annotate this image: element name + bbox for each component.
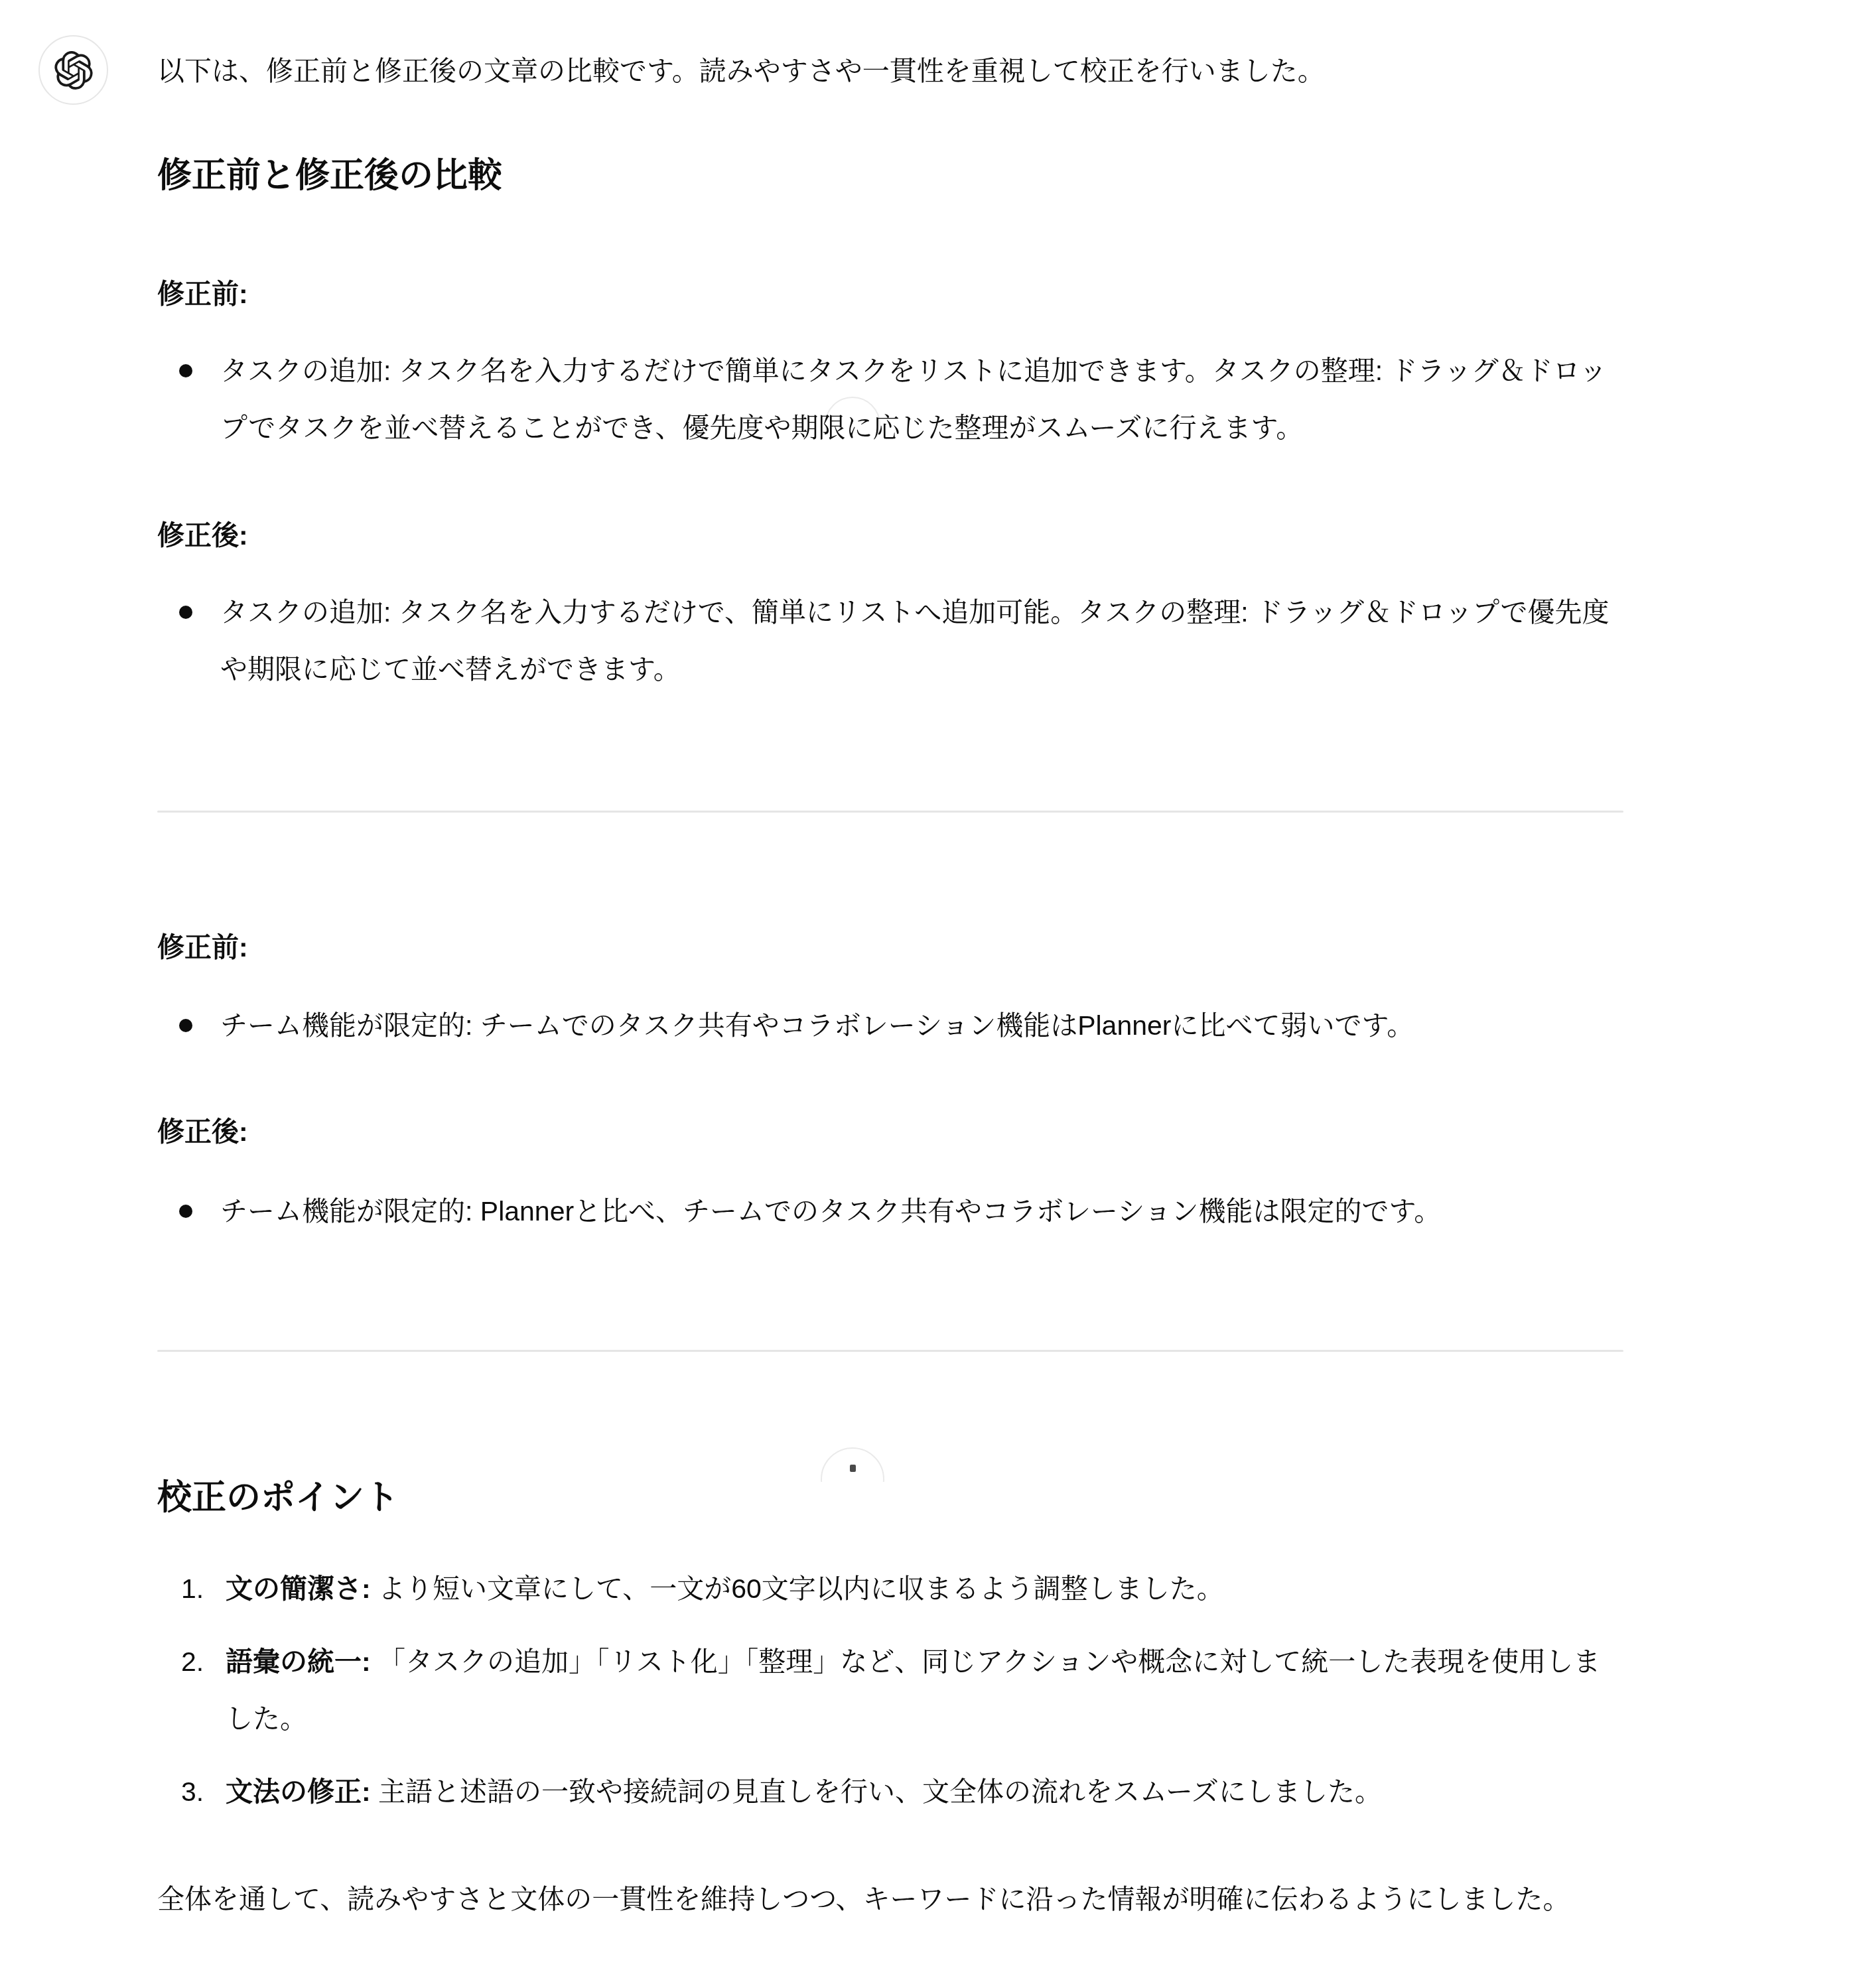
after-label-1: 修正後: — [157, 507, 1623, 564]
assistant-avatar — [38, 35, 108, 105]
after-list-2: チーム機能が限定的: Plannerと比べ、チームでのタスク共有やコラボレーショ… — [157, 1183, 1623, 1240]
point-desc-2: 「タスクの追加」「リスト化」「整理」など、同じアクションや概念に対して統一した表… — [226, 1646, 1600, 1734]
openai-logo-icon — [54, 51, 93, 90]
before-list-1: タスクの追加: タスク名を入力するだけで簡単にタスクをリストに追加できます。タス… — [157, 342, 1623, 456]
before-label-2: 修正前: — [157, 919, 1623, 976]
point-item-2: 語彙の統一: 「タスクの追加」「リスト化」「整理」など、同じアクションや概念に対… — [157, 1633, 1623, 1747]
intro-paragraph: 以下は、修正前と修正後の文章の比較です。読みやすさや一貫性を重視して校正を行いま… — [157, 42, 1623, 99]
section-divider-2 — [157, 1350, 1623, 1352]
point-desc-1: より短い文章にして、一文が60文字以内に収まるよう調整しました。 — [371, 1573, 1224, 1604]
closing-paragraph: 全体を通して、読みやすさと文体の一貫性を維持しつつ、キーワードに沿った情報が明確… — [157, 1871, 1623, 1928]
points-heading: 校正のポイント — [157, 1478, 1623, 1518]
point-term-1: 文の簡潔さ: — [226, 1573, 371, 1604]
after-list-1: タスクの追加: タスク名を入力するだけで、簡単にリストへ追加可能。タスクの整理:… — [157, 584, 1623, 698]
after-label-2: 修正後: — [157, 1103, 1623, 1160]
before-bullet-1: タスクの追加: タスク名を入力するだけで簡単にタスクをリストに追加できます。タス… — [157, 342, 1623, 456]
assistant-message-body: 以下は、修正前と修正後の文章の比較です。読みやすさや一貫性を重視して校正を行いま… — [157, 0, 1623, 1928]
point-item-1: 文の簡潔さ: より短い文章にして、一文が60文字以内に収まるよう調整しました。 — [157, 1560, 1623, 1617]
before-bullet-2: チーム機能が限定的: チームでのタスク共有やコラボレーション機能はPlanner… — [157, 997, 1623, 1054]
comparison-heading: 修正前と修正後の比較 — [157, 156, 1623, 196]
section-divider-1 — [157, 811, 1623, 813]
point-desc-3: 主語と述語の一致や接続詞の見直しを行い、文全体の流れをスムーズにしました。 — [371, 1776, 1382, 1807]
after-bullet-2: チーム機能が限定的: Plannerと比べ、チームでのタスク共有やコラボレーショ… — [157, 1183, 1623, 1240]
chat-page: { "assistant_message": { "intro": "以下は、修… — [0, 0, 1851, 1988]
before-label-1: 修正前: — [157, 265, 1623, 322]
before-list-2: チーム機能が限定的: チームでのタスク共有やコラボレーション機能はPlanner… — [157, 997, 1623, 1054]
points-list: 文の簡潔さ: より短い文章にして、一文が60文字以内に収まるよう調整しました。 … — [157, 1560, 1623, 1820]
point-term-3: 文法の修正: — [226, 1776, 371, 1807]
after-bullet-1: タスクの追加: タスク名を入力するだけで、簡単にリストへ追加可能。タスクの整理:… — [157, 584, 1623, 698]
point-item-3: 文法の修正: 主語と述語の一致や接続詞の見直しを行い、文全体の流れをスムーズにし… — [157, 1763, 1623, 1820]
point-term-2: 語彙の統一: — [226, 1646, 371, 1677]
